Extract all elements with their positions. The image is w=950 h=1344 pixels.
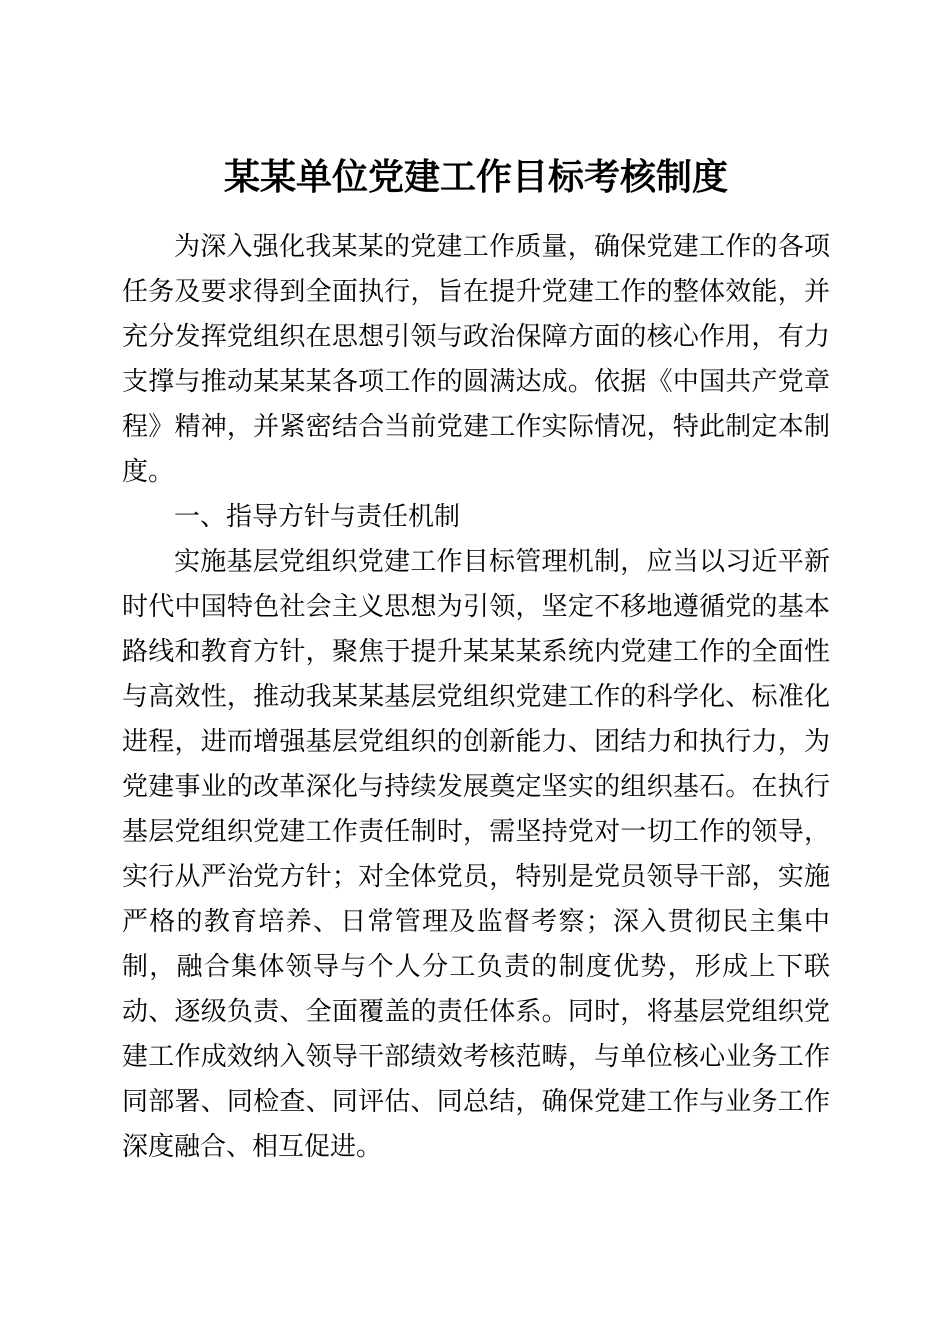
document-body: 为深入强化我某某的党建工作质量，确保党建工作的各项任务及要求得到全面执行，旨在提… bbox=[122, 224, 830, 1169]
intro-paragraph: 为深入强化我某某的党建工作质量，确保党建工作的各项任务及要求得到全面执行，旨在提… bbox=[122, 224, 830, 494]
text-line: 一、指导方针与责任机制 bbox=[122, 494, 830, 539]
text-line: 与高效性，推动我某某基层党组织党建工作的科学化、标准化 bbox=[122, 674, 830, 719]
document-title: 某某单位党建工作目标考核制度 bbox=[122, 146, 830, 208]
document-page: 某某单位党建工作目标考核制度 为深入强化我某某的党建工作质量，确保党建工作的各项… bbox=[0, 0, 950, 1344]
text-line: 党建事业的改革深化与持续发展奠定坚实的组织基石。在执行 bbox=[122, 764, 830, 809]
text-line: 度。 bbox=[122, 449, 830, 494]
text-line: 实行从严治党方针；对全体党员，特别是党员领导干部，实施 bbox=[122, 854, 830, 899]
text-line: 实施基层党组织党建工作目标管理机制，应当以习近平新 bbox=[122, 539, 830, 584]
text-line: 制，融合集体领导与个人分工负责的制度优势，形成上下联 bbox=[122, 944, 830, 989]
section-1-body: 实施基层党组织党建工作目标管理机制，应当以习近平新时代中国特色社会主义思想为引领… bbox=[122, 539, 830, 1169]
text-line: 为深入强化我某某的党建工作质量，确保党建工作的各项 bbox=[122, 224, 830, 269]
text-line: 进程，进而增强基层党组织的创新能力、团结力和执行力，为 bbox=[122, 719, 830, 764]
text-line: 同部署、同检查、同评估、同总结，确保党建工作与业务工作 bbox=[122, 1079, 830, 1124]
text-line: 基层党组织党建工作责任制时，需坚持党对一切工作的领导， bbox=[122, 809, 830, 854]
text-line: 建工作成效纳入领导干部绩效考核范畴，与单位核心业务工作 bbox=[122, 1034, 830, 1079]
text-line: 动、逐级负责、全面覆盖的责任体系。同时，将基层党组织党 bbox=[122, 989, 830, 1034]
text-line: 支撑与推动某某某各项工作的圆满达成。依据《中国共产党章 bbox=[122, 359, 830, 404]
text-line: 时代中国特色社会主义思想为引领，坚定不移地遵循党的基本 bbox=[122, 584, 830, 629]
section-1-heading: 一、指导方针与责任机制 bbox=[122, 494, 830, 539]
text-line: 程》精神，并紧密结合当前党建工作实际情况，特此制定本制 bbox=[122, 404, 830, 449]
text-line: 任务及要求得到全面执行，旨在提升党建工作的整体效能，并 bbox=[122, 269, 830, 314]
text-line: 深度融合、相互促进。 bbox=[122, 1124, 830, 1169]
text-line: 路线和教育方针，聚焦于提升某某某系统内党建工作的全面性 bbox=[122, 629, 830, 674]
text-line: 严格的教育培养、日常管理及监督考察；深入贯彻民主集中 bbox=[122, 899, 830, 944]
text-line: 充分发挥党组织在思想引领与政治保障方面的核心作用，有力 bbox=[122, 314, 830, 359]
